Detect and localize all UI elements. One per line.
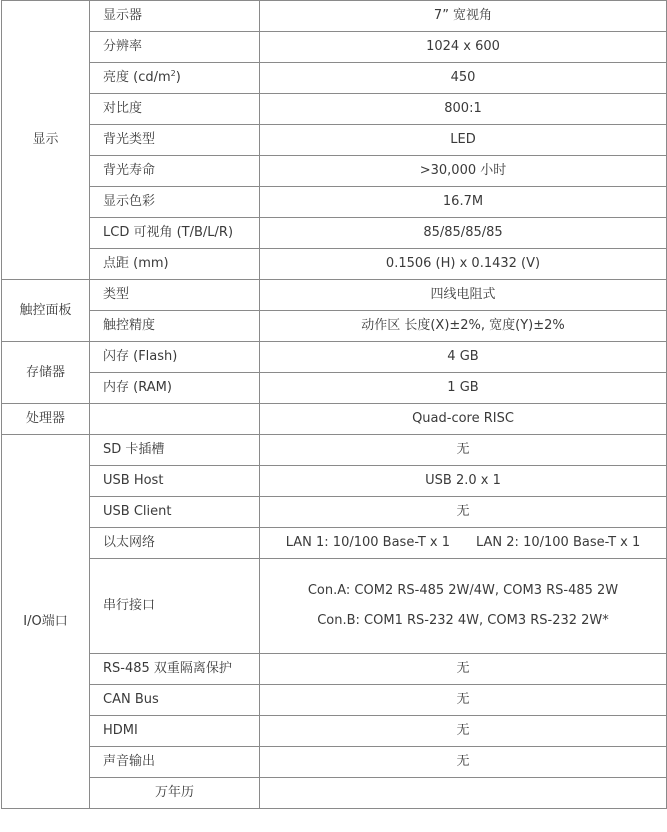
serial-con-a: Con.A: COM2 RS-485 2W/4W, COM3 RS-485 2W [260, 583, 666, 599]
table-row: 分辨率 1024 x 600 [2, 32, 667, 63]
attr-value: 85/85/85/85 [260, 218, 667, 249]
attr-value: 16.7M [260, 187, 667, 218]
attr-label: 背光类型 [90, 125, 260, 156]
attr-value: LAN 1: 10/100 Base-T x 1LAN 2: 10/100 Ba… [260, 528, 667, 559]
attr-label: 类型 [90, 280, 260, 311]
attr-label: USB Client [90, 497, 260, 528]
attr-label [90, 404, 260, 435]
table-row: HDMI 无 [2, 716, 667, 747]
attr-value: 4 GB [260, 342, 667, 373]
attr-label: 亮度 (cd/m2) [90, 63, 260, 94]
serial-con-b: Con.B: COM1 RS-232 4W, COM3 RS-232 2W* [260, 613, 666, 629]
spec-table: 显示 显示器 7” 宽视角 分辨率 1024 x 600 亮度 (cd/m2) … [1, 0, 667, 809]
table-row: RS-485 双重隔离保护 无 [2, 654, 667, 685]
table-row: 背光类型 LED [2, 125, 667, 156]
attr-label: USB Host [90, 466, 260, 497]
attr-value: >30,000 小时 [260, 156, 667, 187]
attr-label: 闪存 (Flash) [90, 342, 260, 373]
attr-label: 以太网络 [90, 528, 260, 559]
attr-label: 背光寿命 [90, 156, 260, 187]
attr-label: 对比度 [90, 94, 260, 125]
table-row: 声音输出 无 [2, 747, 667, 778]
attr-value: 无 [260, 654, 667, 685]
attr-label: 声音输出 [90, 747, 260, 778]
attr-value: 0.1506 (H) x 0.1432 (V) [260, 249, 667, 280]
attr-value: 7” 宽视角 [260, 1, 667, 32]
attr-value: 1 GB [260, 373, 667, 404]
attr-label: 点距 (mm) [90, 249, 260, 280]
category-rtc: 万年历 [90, 778, 260, 809]
attr-label: 触控精度 [90, 311, 260, 342]
category-touch-panel: 触控面板 [2, 280, 90, 342]
table-row: 点距 (mm) 0.1506 (H) x 0.1432 (V) [2, 249, 667, 280]
category-display: 显示 [2, 1, 90, 280]
attr-value: 无 [260, 435, 667, 466]
table-row: I/O端口 SD 卡插槽 无 [2, 435, 667, 466]
attr-label: 分辨率 [90, 32, 260, 63]
lan1-spec: LAN 1: 10/100 Base-T x 1 [286, 535, 450, 550]
table-row: 内存 (RAM) 1 GB [2, 373, 667, 404]
table-row: USB Client 无 [2, 497, 667, 528]
attr-value: LED [260, 125, 667, 156]
attr-value: 1024 x 600 [260, 32, 667, 63]
table-row: 对比度 800:1 [2, 94, 667, 125]
attr-value: Quad-core RISC [260, 404, 667, 435]
attr-label: RS-485 双重隔离保护 [90, 654, 260, 685]
attr-value: 无 [260, 497, 667, 528]
table-row: LCD 可视角 (T/B/L/R) 85/85/85/85 [2, 218, 667, 249]
attr-value: 450 [260, 63, 667, 94]
attr-value: 800:1 [260, 94, 667, 125]
table-row: 存储器 闪存 (Flash) 4 GB [2, 342, 667, 373]
table-row: 背光寿命 >30,000 小时 [2, 156, 667, 187]
table-row: 触控面板 类型 四线电阻式 [2, 280, 667, 311]
attr-value: 无 [260, 747, 667, 778]
table-row: 显示色彩 16.7M [2, 187, 667, 218]
attr-value: Con.A: COM2 RS-485 2W/4W, COM3 RS-485 2W… [260, 559, 667, 654]
attr-label [260, 778, 667, 809]
attr-value: 无 [260, 716, 667, 747]
attr-value: USB 2.0 x 1 [260, 466, 667, 497]
table-row: 以太网络 LAN 1: 10/100 Base-T x 1LAN 2: 10/1… [2, 528, 667, 559]
table-row: 亮度 (cd/m2) 450 [2, 63, 667, 94]
attr-label: 显示器 [90, 1, 260, 32]
attr-label: SD 卡插槽 [90, 435, 260, 466]
category-storage: 存储器 [2, 342, 90, 404]
table-row: 显示 显示器 7” 宽视角 [2, 1, 667, 32]
attr-label: 串行接口 [90, 559, 260, 654]
table-row: 处理器 Quad-core RISC [2, 404, 667, 435]
attr-label: 内存 (RAM) [90, 373, 260, 404]
table-row: 触控精度 动作区 长度(X)±2%, 宽度(Y)±2% [2, 311, 667, 342]
attr-label: HDMI [90, 716, 260, 747]
table-row: 万年历 内置 [2, 778, 667, 809]
lan2-spec: LAN 2: 10/100 Base-T x 1 [476, 535, 640, 550]
table-row: CAN Bus 无 [2, 685, 667, 716]
attr-label: CAN Bus [90, 685, 260, 716]
attr-label: 显示色彩 [90, 187, 260, 218]
attr-value: 无 [260, 685, 667, 716]
table-row: USB Host USB 2.0 x 1 [2, 466, 667, 497]
attr-label: LCD 可视角 (T/B/L/R) [90, 218, 260, 249]
attr-value: 四线电阻式 [260, 280, 667, 311]
attr-value: 动作区 长度(X)±2%, 宽度(Y)±2% [260, 311, 667, 342]
table-row: 串行接口 Con.A: COM2 RS-485 2W/4W, COM3 RS-4… [2, 559, 667, 654]
category-processor: 处理器 [2, 404, 90, 435]
category-io-ports: I/O端口 [2, 435, 90, 809]
